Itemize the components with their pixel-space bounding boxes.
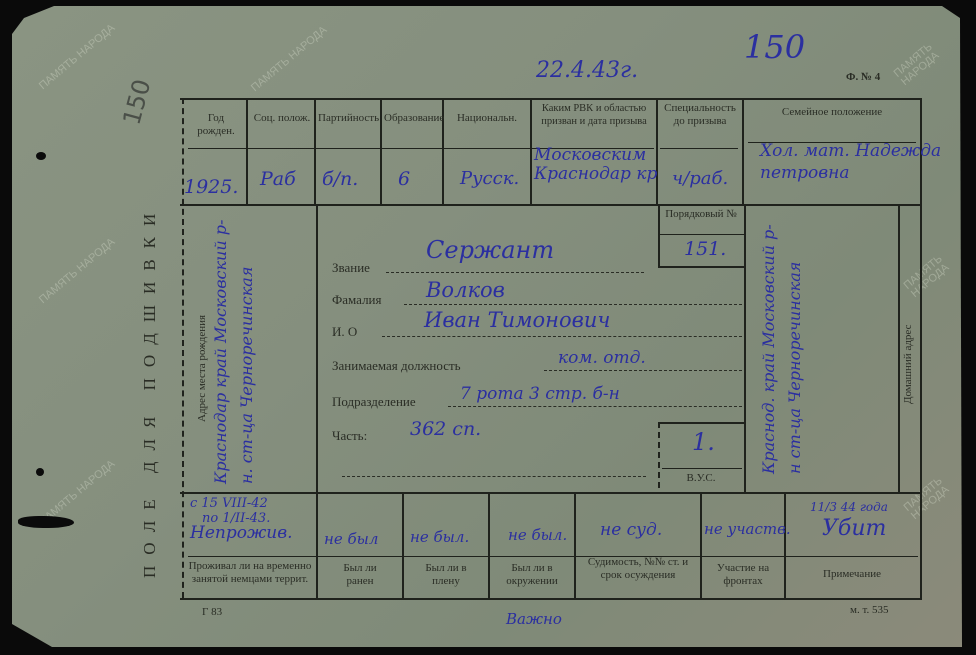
print-code-left: Г 83 [202,606,222,618]
frame-left-line [182,98,184,598]
value-family-status: Хол. мат. Надежда петровна [760,140,950,184]
vus-value: 1. [692,428,715,456]
unit-label: Подразделение [332,394,416,410]
header-social-status: Соц. полож. [252,112,312,125]
fronts-value: не участв. [704,520,791,538]
value-birth-year: 1925. [184,176,238,198]
header-conviction: Судимость, №№ ст. и срок осуждения [578,556,698,582]
watermark-stamp: ПАМЯТЬ НАРОДА [38,23,118,92]
header-encirclement: Был ли в окружении [492,562,572,588]
header-wounded: Был ли ранен [330,562,390,588]
header-nationality: Национальн. [448,112,526,125]
position-label: Занимаемая должность [332,358,461,374]
position-value: ком. отд. [558,348,646,368]
rank-value: Сержант [426,236,554,264]
wounded-value: не был [324,530,378,548]
value-specialty: ч/раб. [672,168,728,189]
header-captivity: Был ли в плену [416,562,476,588]
birthplace-label: Адрес места рождения [196,315,208,422]
home-address-label: Домашний адрес [902,325,914,404]
watermark-stamp: ПАМЯТЬ НАРОДА [250,25,330,94]
punch-hole [36,152,46,160]
conviction-value: не суд. [600,520,662,540]
note-value: 11/3 44 года Убит [798,496,888,540]
value-party: б/п. [322,168,358,190]
archive-number: 150 [744,28,805,66]
frame-top-line [180,98,922,100]
header-note: Примечание [788,568,916,581]
name-patronymic-label: И. О [332,324,357,340]
surname-label: Фамалия [332,292,382,308]
watermark-stamp: ПАМЯТЬ НАРОДА [875,28,958,103]
signature: Важно [506,610,562,628]
value-nationality: Русск. [460,168,519,189]
occupied-territory-value: с 15 VIII-42 по 1/II-43. Непрожив. [190,496,293,541]
watermark-stamp: ПАМЯТЬ НАРОДА [893,468,961,530]
date-stamp: 22.4.43г. [536,58,638,83]
serial-value: 151. [684,238,726,260]
rank-label: Звание [332,260,370,276]
header-specialty: Специальность до призыва [660,102,740,128]
name-patronymic-value: Иван Тимонович [424,308,610,332]
serial-label: Порядковый № [660,208,742,221]
watermark-stamp: ПАМЯТЬ НАРОДА [38,237,118,306]
binding-margin-label: ПОЛЕ ДЛЯ ПОДШИВКИ [140,203,160,578]
encirclement-value: не был. [508,526,567,544]
tear-hole [18,516,74,528]
value-social-status: Раб [260,168,296,190]
surname-value: Волков [426,278,505,302]
home-address-value: Краснод. край Московский р-н ст-ца Черно… [756,214,808,474]
header-occupied-territory: Проживал ли на временно занятой немцами … [186,560,314,586]
header-family-status: Семейное положение [752,106,912,119]
value-conscription: Московским Краснодар кр [534,146,658,184]
print-code-right: м. т. 535 [850,604,888,616]
punch-hole [36,468,44,476]
military-unit-value: 362 сп. [410,418,481,440]
header-party: Партийность [318,112,378,125]
header-conscription: Каким РВК и областью призван и дата приз… [534,102,654,128]
value-education: 6 [398,168,410,190]
header-fronts: Участие на фронтах [704,562,782,588]
watermark-stamp: ПАМЯТЬ НАРОДА [893,246,961,308]
unit-value: 7 рота 3 стр. б-н [460,384,620,404]
pencil-number: 150 [117,76,156,127]
birthplace-value: Краснодар край Московский р-н. ст-ца Чер… [208,214,260,484]
military-unit-label: Часть: [332,428,367,444]
captivity-value: не был. [410,528,469,546]
vus-label: В.У.С. [660,472,742,485]
header-education: Образование [384,112,440,125]
header-birth-year: Год рожден. [188,112,244,138]
form-number: Ф. № 4 [846,71,880,83]
personnel-record-card: ПАМЯТЬ НАРОДА ПАМЯТЬ НАРОДА ПАМЯТЬ НАРОД… [12,4,962,647]
frame-bottom-line [180,598,922,600]
